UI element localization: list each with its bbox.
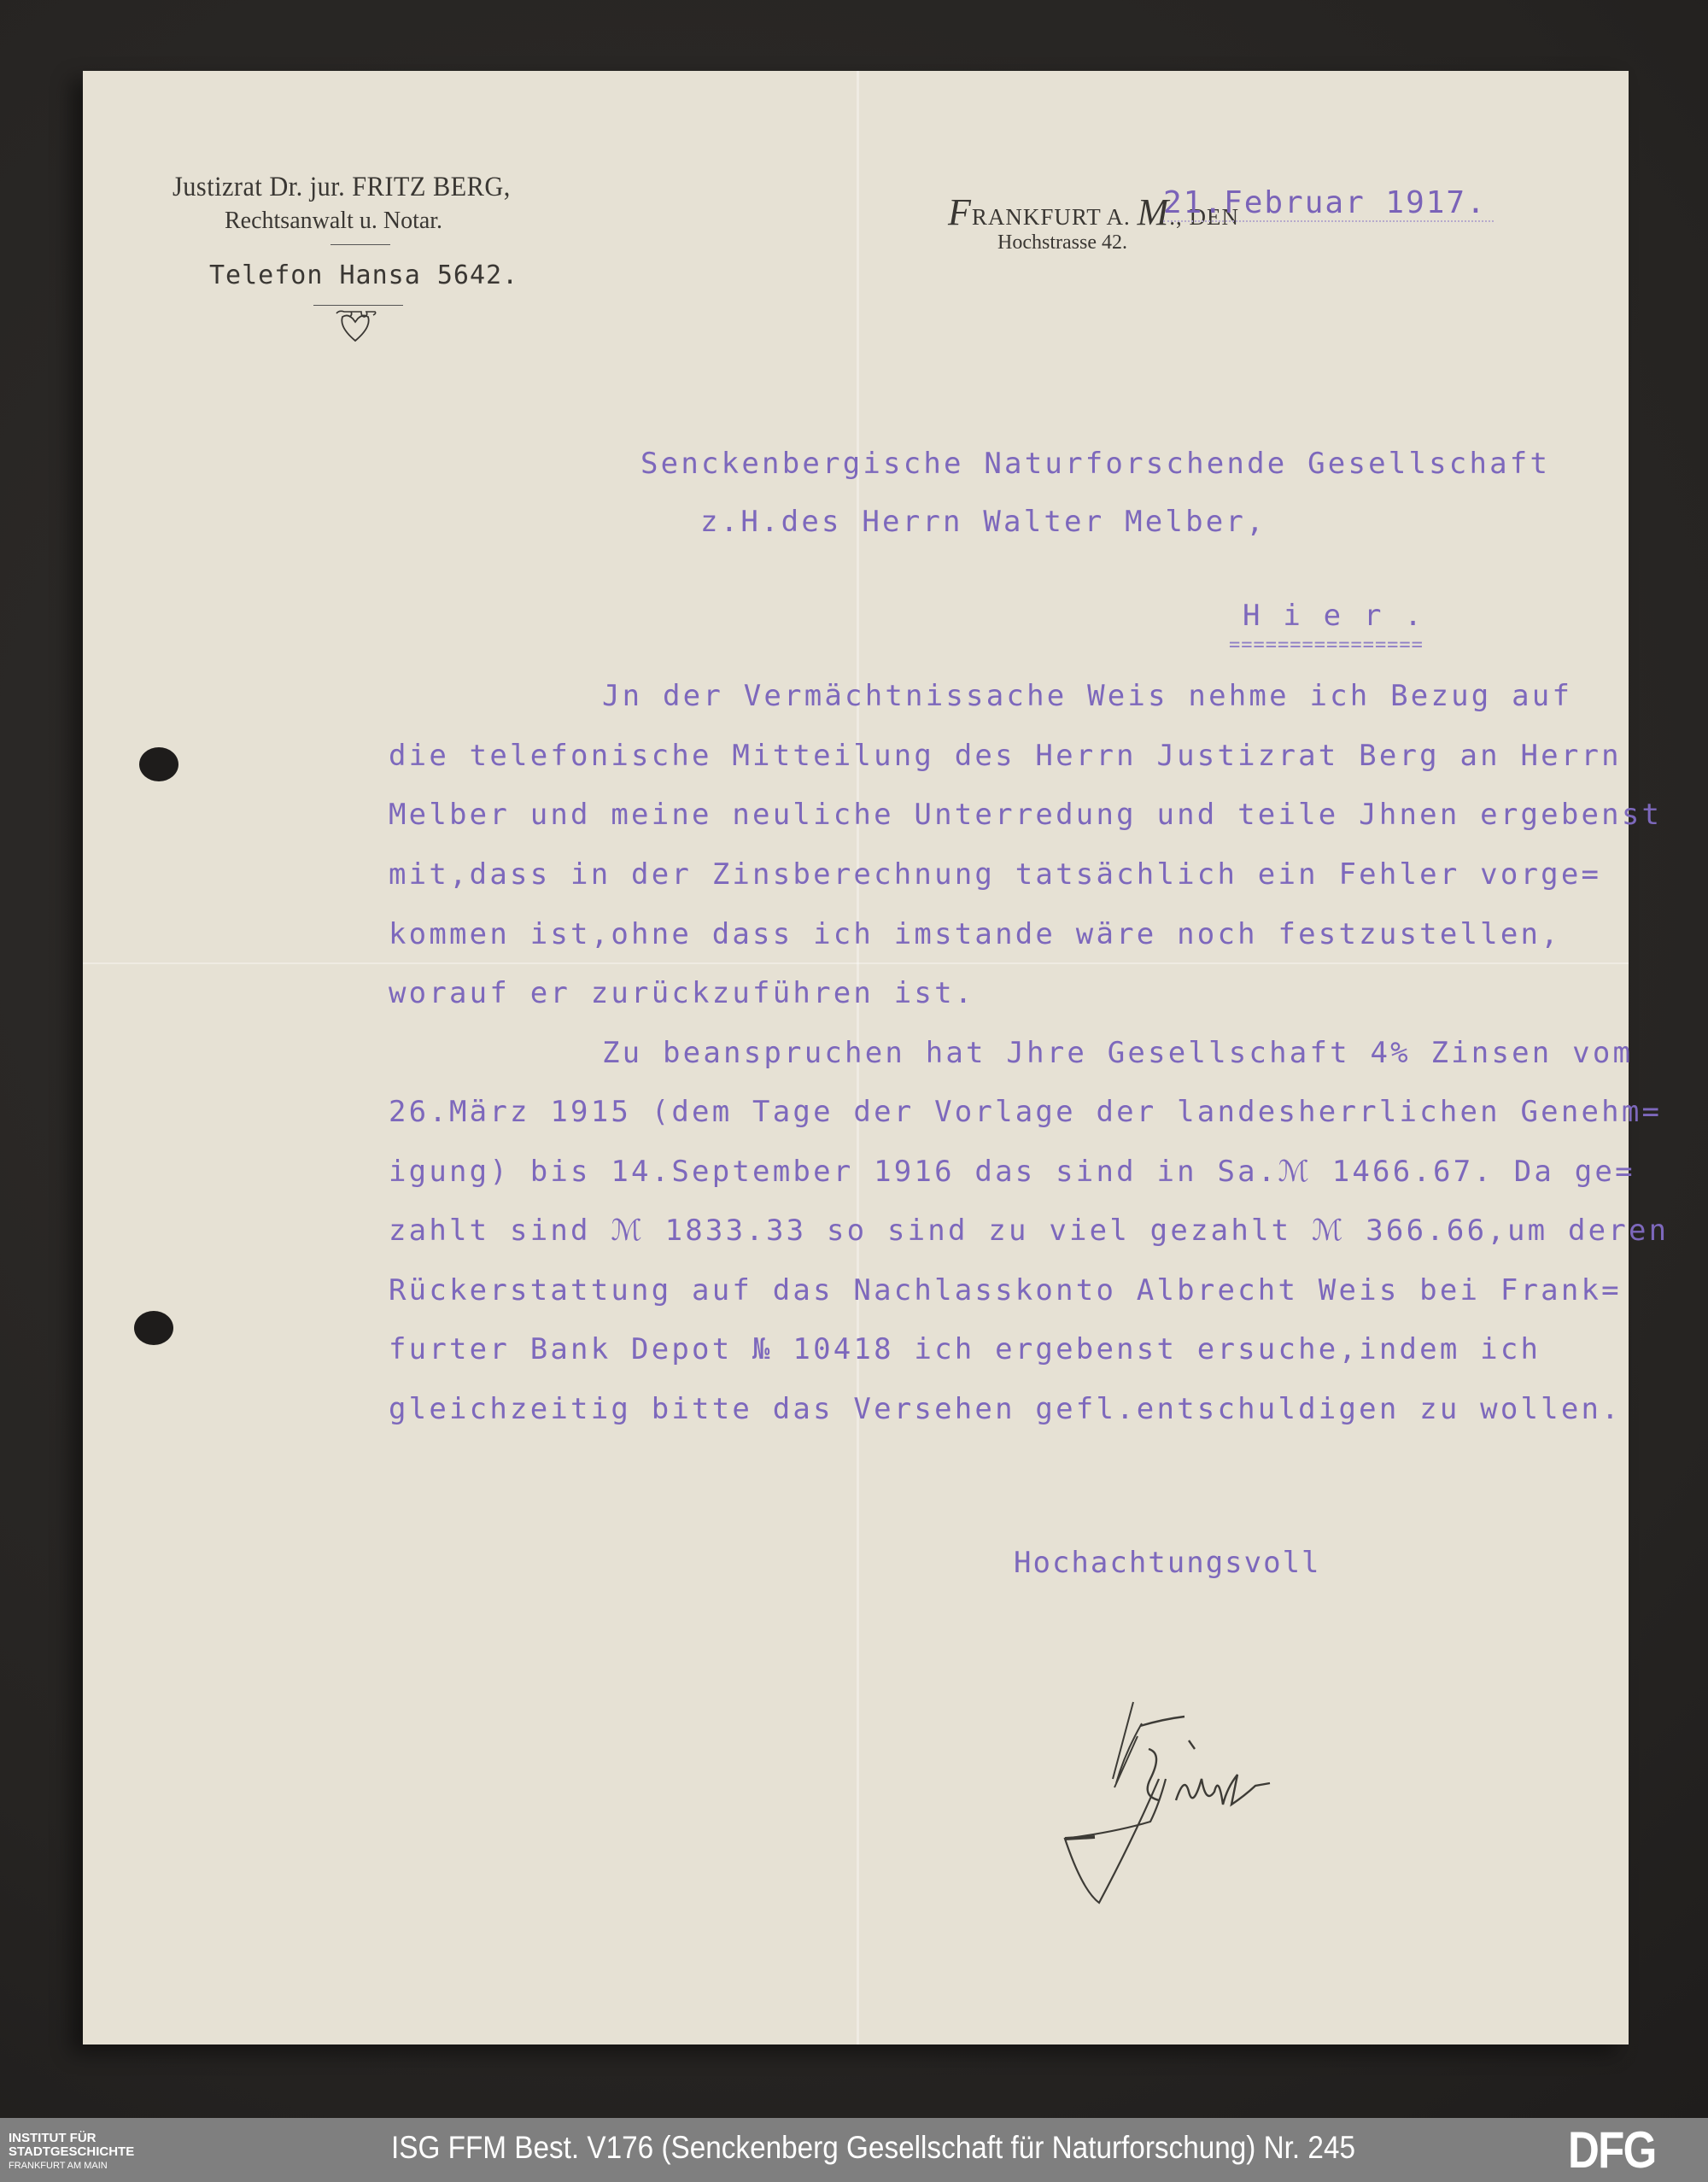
archive-footer: INSTITUT FÜR STADTGESCHICHTE FRANKFURT A… xyxy=(0,2118,1708,2182)
body-line: 26.März 1915 (dem Tage der Vorlage der l… xyxy=(389,1095,1662,1129)
institute-line: STADTGESCHICHTE xyxy=(9,2145,134,2159)
body-line: zahlt sind ℳ 1833.33 so sind zu viel gez… xyxy=(389,1214,1669,1248)
body-line: igung) bis 14.September 1916 das sind in… xyxy=(389,1155,1635,1189)
body-line: die telefonische Mitteilung des Herrn Ju… xyxy=(389,739,1622,773)
letterhead-name: Justizrat Dr. jur. FRITZ BERG, xyxy=(173,172,511,203)
signature-icon xyxy=(1014,1608,1355,2001)
body-line: gleichzeitig bitte das Versehen gefl.ent… xyxy=(389,1392,1622,1426)
closing: Hochachtungsvoll xyxy=(1014,1546,1321,1580)
letterhead-title: Rechtsanwalt u. Notar. xyxy=(225,208,442,235)
body-line: Jn der Vermächtnissache Weis nehme ich B… xyxy=(602,679,1572,713)
letter-page: Justizrat Dr. jur. FRITZ BERG, Rechtsanw… xyxy=(83,71,1629,2045)
city-initial: F xyxy=(948,191,972,233)
institute-line: FRANKFURT AM MAIN xyxy=(9,2159,134,2173)
letterhead-divider xyxy=(330,244,390,245)
letter-date: 21.Februar 1917. xyxy=(1163,185,1494,222)
letterhead-divider xyxy=(313,305,403,306)
letterhead-street: Hochstrasse 42. xyxy=(997,231,1127,254)
archive-reference: ISG FFM Best. V176 (Senckenberg Gesellsc… xyxy=(391,2130,1355,2166)
heart-ornament-icon xyxy=(332,308,379,344)
letterhead-phone: Telefon Hansa 5642. xyxy=(209,260,518,290)
body-line: Melber und meine neuliche Unterredung un… xyxy=(389,798,1662,832)
body-line: kommen ist,ohne dass ich imstande wäre n… xyxy=(389,917,1561,951)
horizontal-fold xyxy=(83,962,1629,964)
body-line: worauf er zurückzuführen ist. xyxy=(389,976,974,1010)
body-line: furter Bank Depot № 10418 ich ergebenst … xyxy=(389,1332,1541,1366)
addressee-underline: ================ xyxy=(1229,635,1424,656)
institute-logo: INSTITUT FÜR STADTGESCHICHTE FRANKFURT A… xyxy=(9,2132,134,2173)
city-text: RANKFURT A. xyxy=(972,204,1138,230)
punch-hole-icon xyxy=(134,1311,173,1345)
addressee-line: Senckenbergische Naturforschende Gesells… xyxy=(640,447,1550,481)
punch-hole-icon xyxy=(139,747,178,781)
body-line: mit,dass in der Zinsberechnung tatsächli… xyxy=(389,857,1601,892)
addressee-here: H i e r . xyxy=(1243,599,1424,633)
institute-line: INSTITUT FÜR xyxy=(9,2132,134,2145)
body-line: Rückerstattung auf das Nachlasskonto Alb… xyxy=(389,1273,1622,1307)
addressee-line: z.H.des Herrn Walter Melber, xyxy=(700,505,1266,539)
dfg-logo: DFG xyxy=(1568,2125,1656,2176)
body-line: Zu beanspruchen hat Jhre Gesellschaft 4%… xyxy=(602,1036,1633,1070)
